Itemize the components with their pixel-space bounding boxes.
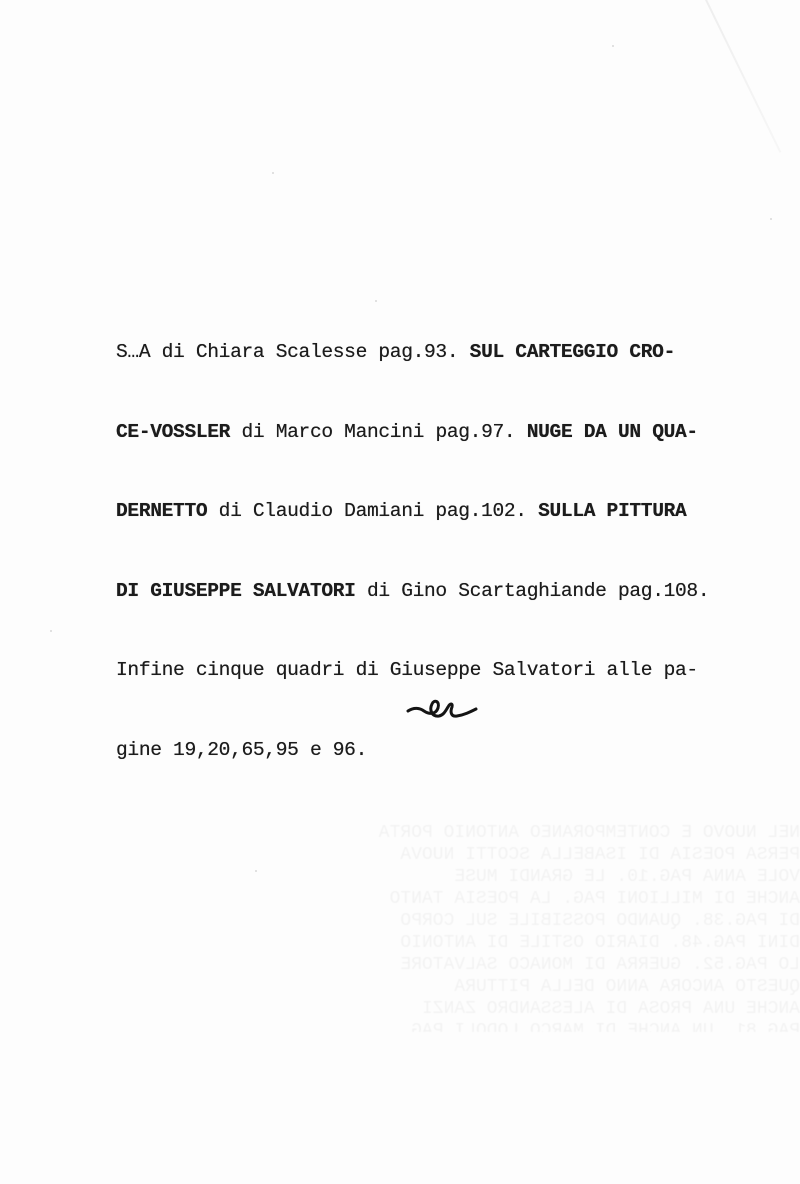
- line-3-seg-2: di Claudio Damiani pag.102.: [207, 500, 538, 522]
- line-1-seg-1: S…A di Chiara Scalesse pag.93.: [116, 341, 470, 363]
- line-6-seg-1: gine 19,20,65,95 e 96.: [116, 739, 367, 761]
- reverse-page-show-through: NEL NUOVO E CONTEMPORANEO ANTONIO PORTA …: [110, 822, 800, 1032]
- line-3-seg-3: SULLA PITTURA: [538, 500, 686, 522]
- text-line-5: Infine cinque quadri di Giuseppe Salvato…: [116, 657, 709, 684]
- text-line-2: CE-VOSSLER di Marco Mancini pag.97. NUGE…: [116, 419, 709, 446]
- line-2-seg-2: di Marco Mancini pag.97.: [230, 421, 527, 443]
- document-page: S…A di Chiara Scalesse pag.93. SUL CARTE…: [0, 0, 800, 1184]
- line-5-seg-1: Infine cinque quadri di Giuseppe Salvato…: [116, 659, 698, 681]
- text-line-6: gine 19,20,65,95 e 96.: [116, 737, 709, 764]
- paper-speck: [255, 870, 257, 872]
- text-line-3: DERNETTO di Claudio Damiani pag.102. SUL…: [116, 498, 709, 525]
- handwritten-initials-mark: [404, 690, 480, 724]
- paper-speck: [50, 630, 52, 632]
- text-line-1: S…A di Chiara Scalesse pag.93. SUL CARTE…: [116, 339, 709, 366]
- paper-speck: [770, 218, 772, 220]
- typed-text-block: S…A di Chiara Scalesse pag.93. SUL CARTE…: [116, 286, 709, 816]
- line-3-seg-1: DERNETTO: [116, 500, 207, 522]
- paper-speck: [375, 300, 377, 302]
- line-2-seg-3: NUGE DA UN QUA-: [527, 421, 698, 443]
- line-2-seg-1: CE-VOSSLER: [116, 421, 230, 443]
- line-4-seg-2: di Gino Scartaghiande pag.108.: [356, 580, 710, 602]
- paper-crease: [705, 0, 781, 153]
- line-4-seg-1: DI GIUSEPPE SALVATORI: [116, 580, 356, 602]
- paper-speck: [272, 172, 274, 174]
- text-line-4: DI GIUSEPPE SALVATORI di Gino Scartaghia…: [116, 578, 709, 605]
- paper-speck: [612, 45, 614, 47]
- line-1-seg-2: SUL CARTEGGIO CRO-: [470, 341, 675, 363]
